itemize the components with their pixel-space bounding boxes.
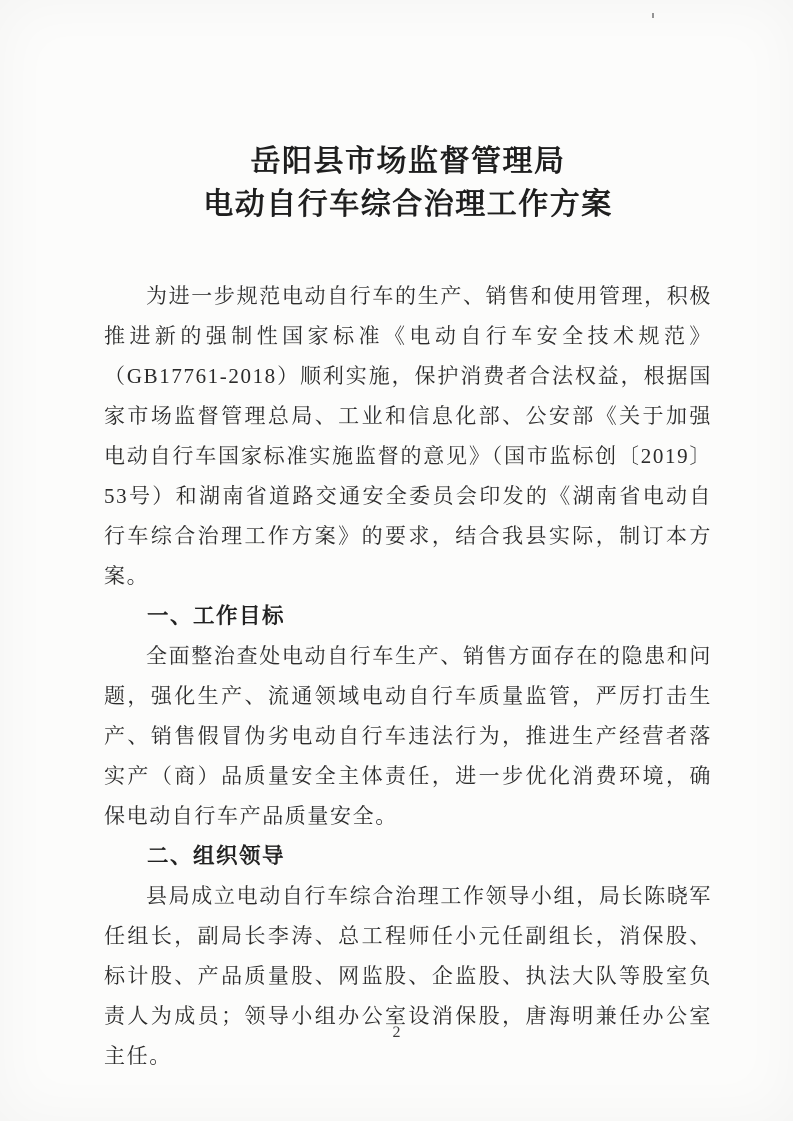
scan-artifact — [652, 13, 654, 18]
page-number: 2 — [0, 1024, 793, 1042]
document-content: 岳阳县市场监督管理局 电动自行车综合治理工作方案 为进一步规范电动自行车的生产、… — [104, 140, 712, 1076]
section-heading-organization-leadership: 二、组织领导 — [104, 836, 712, 876]
intro-paragraph: 为进一步规范电动自行车的生产、销售和使用管理，积极推进新的强制性国家标准《电动自… — [104, 276, 712, 596]
document-title-line1: 岳阳县市场监督管理局 — [104, 140, 712, 183]
section-body-organization-leadership: 县局成立电动自行车综合治理工作领导小组，局长陈晓军任组长，副局长李涛、总工程师任… — [104, 876, 712, 1076]
document-page: 岳阳县市场监督管理局 电动自行车综合治理工作方案 为进一步规范电动自行车的生产、… — [0, 0, 793, 1121]
section-heading-work-goals: 一、工作目标 — [104, 596, 712, 636]
document-title: 岳阳县市场监督管理局 电动自行车综合治理工作方案 — [104, 140, 712, 226]
section-body-work-goals: 全面整治查处电动自行车生产、销售方面存在的隐患和问题，强化生产、流通领域电动自行… — [104, 636, 712, 836]
document-title-line2: 电动自行车综合治理工作方案 — [104, 183, 712, 226]
